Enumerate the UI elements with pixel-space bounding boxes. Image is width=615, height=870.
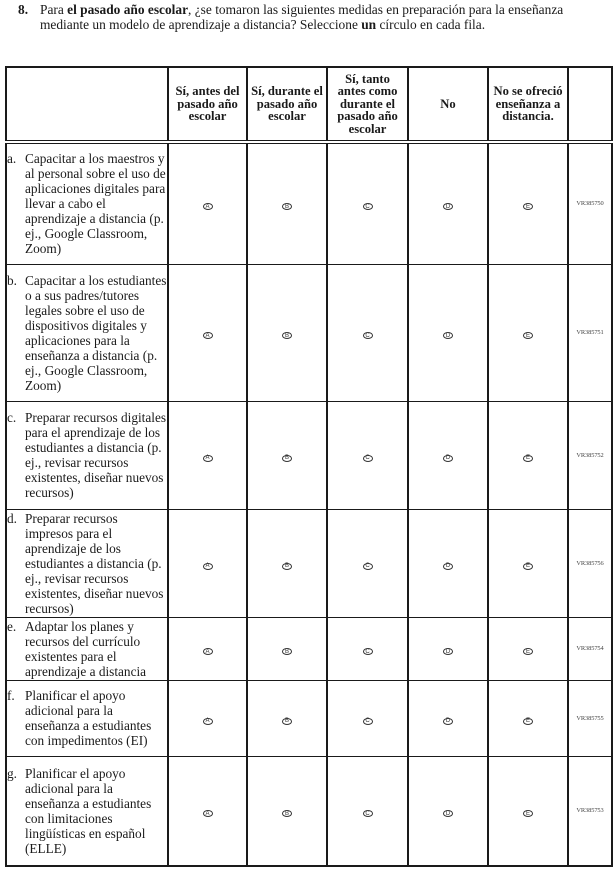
- radio-bubble-both[interactable]: C: [363, 648, 373, 655]
- radio-bubble-no[interactable]: D: [443, 455, 453, 462]
- table-row: a.Capacitar a los maestros y al personal…: [6, 142, 612, 264]
- option-cell-not-offered: E: [488, 756, 568, 866]
- row-text: Capacitar a los estudiantes o a sus padr…: [25, 273, 167, 393]
- radio-bubble-during[interactable]: B: [282, 563, 292, 570]
- option-cell-both: C: [327, 509, 408, 617]
- radio-bubble-not-offered[interactable]: E: [523, 455, 533, 462]
- radio-bubble-before[interactable]: A: [203, 563, 213, 570]
- radio-bubble-both[interactable]: C: [363, 455, 373, 462]
- response-grid: Sí, antes del pasado año escolar Sí, dur…: [5, 66, 613, 867]
- radio-bubble-both[interactable]: C: [363, 563, 373, 570]
- option-cell-during: B: [247, 401, 327, 509]
- radio-bubble-not-offered[interactable]: E: [523, 810, 533, 817]
- row-text: Preparar recursos impresos para el apren…: [25, 511, 167, 616]
- option-cell-both: C: [327, 756, 408, 866]
- option-cell-no: D: [408, 142, 488, 264]
- option-cell-before: A: [168, 617, 247, 680]
- radio-bubble-not-offered[interactable]: E: [523, 648, 533, 655]
- row-text: Capacitar a los maestros y al personal s…: [25, 151, 167, 256]
- option-cell-both: C: [327, 617, 408, 680]
- radio-bubble-no[interactable]: D: [443, 563, 453, 570]
- row-letter: c.: [7, 410, 25, 500]
- table-row: e.Adaptar los planes y recursos del curr…: [6, 617, 612, 680]
- radio-bubble-not-offered[interactable]: E: [523, 332, 533, 339]
- option-cell-no: D: [408, 401, 488, 509]
- variable-code: VR385751: [568, 264, 612, 401]
- option-cell-no: D: [408, 756, 488, 866]
- radio-bubble-during[interactable]: B: [282, 332, 292, 339]
- row-letter: e.: [7, 619, 25, 679]
- question-number: 8.: [18, 2, 40, 17]
- option-cell-during: B: [247, 756, 327, 866]
- variable-code: VR385753: [568, 756, 612, 866]
- radio-bubble-no[interactable]: D: [443, 718, 453, 725]
- radio-bubble-during[interactable]: B: [282, 455, 292, 462]
- radio-bubble-not-offered[interactable]: E: [523, 203, 533, 210]
- header-item-blank: [6, 67, 168, 142]
- option-cell-no: D: [408, 617, 488, 680]
- option-cell-both: C: [327, 142, 408, 264]
- radio-bubble-both[interactable]: C: [363, 332, 373, 339]
- radio-bubble-before[interactable]: A: [203, 810, 213, 817]
- variable-code: VR385756: [568, 509, 612, 617]
- row-letter: f.: [7, 688, 25, 748]
- row-label: c.Preparar recursos digitales para el ap…: [6, 401, 168, 509]
- row-label: a.Capacitar a los maestros y al personal…: [6, 142, 168, 264]
- row-text: Planificar el apoyo adicional para la en…: [25, 766, 167, 856]
- option-cell-before: A: [168, 401, 247, 509]
- question-prompt: 8.Para el pasado año escolar, ¿se tomaro…: [18, 2, 600, 32]
- row-letter: b.: [7, 273, 25, 393]
- row-label: g.Planificar el apoyo adicional para la …: [6, 756, 168, 866]
- header-code-blank: [568, 67, 612, 142]
- option-cell-before: A: [168, 264, 247, 401]
- header-col-during: Sí, durante el pasado año escolar: [247, 67, 327, 142]
- table-row: c.Preparar recursos digitales para el ap…: [6, 401, 612, 509]
- option-cell-not-offered: E: [488, 617, 568, 680]
- radio-bubble-before[interactable]: A: [203, 332, 213, 339]
- row-label: d.Preparar recursos impresos para el apr…: [6, 509, 168, 617]
- option-cell-during: B: [247, 617, 327, 680]
- radio-bubble-during[interactable]: B: [282, 718, 292, 725]
- option-cell-not-offered: E: [488, 264, 568, 401]
- radio-bubble-both[interactable]: C: [363, 718, 373, 725]
- radio-bubble-both[interactable]: C: [363, 203, 373, 210]
- header-col-no: No: [408, 67, 488, 142]
- option-cell-during: B: [247, 142, 327, 264]
- radio-bubble-during[interactable]: B: [282, 648, 292, 655]
- option-cell-not-offered: E: [488, 509, 568, 617]
- radio-bubble-before[interactable]: A: [203, 718, 213, 725]
- question-text-3: círculo en cada fila.: [376, 17, 485, 32]
- option-cell-during: B: [247, 264, 327, 401]
- radio-bubble-no[interactable]: D: [443, 810, 453, 817]
- question-text-1: Para: [40, 2, 67, 17]
- question-emphasis-one: un: [361, 17, 376, 32]
- table-row: g.Planificar el apoyo adicional para la …: [6, 756, 612, 866]
- radio-bubble-before[interactable]: A: [203, 455, 213, 462]
- variable-code: VR385755: [568, 680, 612, 756]
- option-cell-both: C: [327, 680, 408, 756]
- option-cell-both: C: [327, 401, 408, 509]
- option-cell-both: C: [327, 264, 408, 401]
- option-cell-no: D: [408, 509, 488, 617]
- variable-code: VR385754: [568, 617, 612, 680]
- option-cell-during: B: [247, 509, 327, 617]
- radio-bubble-both[interactable]: C: [363, 810, 373, 817]
- option-cell-not-offered: E: [488, 680, 568, 756]
- option-cell-not-offered: E: [488, 142, 568, 264]
- header-col-both: Sí, tanto antes como durante el pasado a…: [327, 67, 408, 142]
- row-letter: g.: [7, 766, 25, 856]
- radio-bubble-during[interactable]: B: [282, 810, 292, 817]
- radio-bubble-not-offered[interactable]: E: [523, 563, 533, 570]
- option-cell-before: A: [168, 142, 247, 264]
- row-text: Preparar recursos digitales para el apre…: [25, 410, 167, 500]
- option-cell-not-offered: E: [488, 401, 568, 509]
- option-cell-during: B: [247, 680, 327, 756]
- question-emphasis-time: el pasado año escolar: [67, 2, 188, 17]
- table-row: d.Preparar recursos impresos para el apr…: [6, 509, 612, 617]
- option-cell-before: A: [168, 509, 247, 617]
- row-label: b.Capacitar a los estudiantes o a sus pa…: [6, 264, 168, 401]
- row-text: Adaptar los planes y recursos del curríc…: [25, 619, 167, 679]
- header-row: Sí, antes del pasado año escolar Sí, dur…: [6, 67, 612, 142]
- row-letter: d.: [7, 511, 25, 616]
- option-cell-before: A: [168, 756, 247, 866]
- radio-bubble-during[interactable]: B: [282, 203, 292, 210]
- radio-bubble-no[interactable]: D: [443, 203, 453, 210]
- radio-bubble-before[interactable]: A: [203, 203, 213, 210]
- row-label: f.Planificar el apoyo adicional para la …: [6, 680, 168, 756]
- table-row: f.Planificar el apoyo adicional para la …: [6, 680, 612, 756]
- variable-code: VR385750: [568, 142, 612, 264]
- variable-code: VR385752: [568, 401, 612, 509]
- radio-bubble-no[interactable]: D: [443, 648, 453, 655]
- row-text: Planificar el apoyo adicional para la en…: [25, 688, 167, 748]
- row-label: e.Adaptar los planes y recursos del curr…: [6, 617, 168, 680]
- header-col-not-offered: No se ofreció enseñanza a distancia.: [488, 67, 568, 142]
- table-row: b.Capacitar a los estudiantes o a sus pa…: [6, 264, 612, 401]
- option-cell-before: A: [168, 680, 247, 756]
- option-cell-no: D: [408, 680, 488, 756]
- radio-bubble-not-offered[interactable]: E: [523, 718, 533, 725]
- radio-bubble-no[interactable]: D: [443, 332, 453, 339]
- header-col-before: Sí, antes del pasado año escolar: [168, 67, 247, 142]
- row-letter: a.: [7, 151, 25, 256]
- option-cell-no: D: [408, 264, 488, 401]
- radio-bubble-before[interactable]: A: [203, 648, 213, 655]
